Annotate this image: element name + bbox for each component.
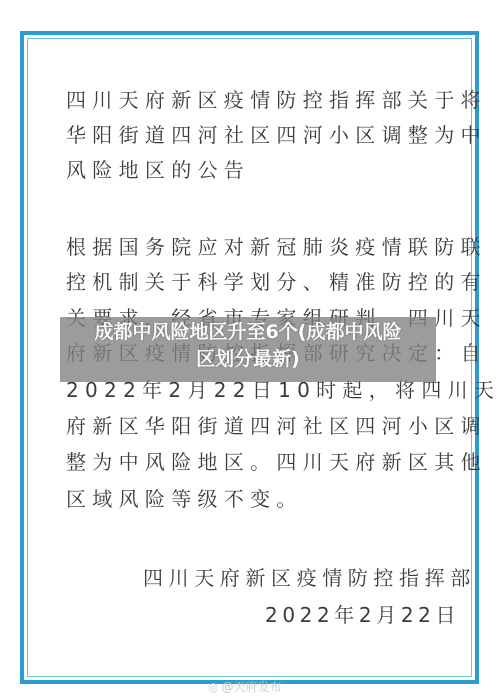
body-line: 整为中风险地区。四川天府新区其他 bbox=[66, 450, 487, 474]
body-line: 府新区华阳街道四河社区四河小区调 bbox=[66, 414, 487, 438]
title-line: 风险地区的公告 bbox=[66, 158, 250, 182]
body-line: 区域风险等级不变。 bbox=[66, 487, 303, 511]
headline-line-2: 区划分最新) bbox=[60, 346, 436, 373]
title-line: 华阳街道四河社区四河小区调整为中 bbox=[66, 123, 487, 147]
body-line: 控机制关于科学划分、精准防控的有 bbox=[66, 270, 487, 294]
headline-caption: 成都中风险地区升至6个(成都中风险 区划分最新) bbox=[60, 319, 436, 373]
signature-date: 2022年2月22日 bbox=[265, 603, 460, 627]
title-line: 四川天府新区疫情防控指挥部关于将 bbox=[66, 88, 487, 112]
headline-line-1: 成都中风险地区升至6个(成都中风险 bbox=[60, 319, 436, 346]
signature-issuer: 四川天府新区疫情防控指挥部 bbox=[143, 566, 476, 590]
source-watermark: ◎@天府发布 bbox=[208, 678, 282, 695]
watermark-text: @天府发布 bbox=[221, 680, 281, 694]
body-line: 根据国务院应对新冠肺炎疫情联防联 bbox=[66, 235, 487, 259]
weibo-icon: ◎ bbox=[208, 680, 218, 694]
